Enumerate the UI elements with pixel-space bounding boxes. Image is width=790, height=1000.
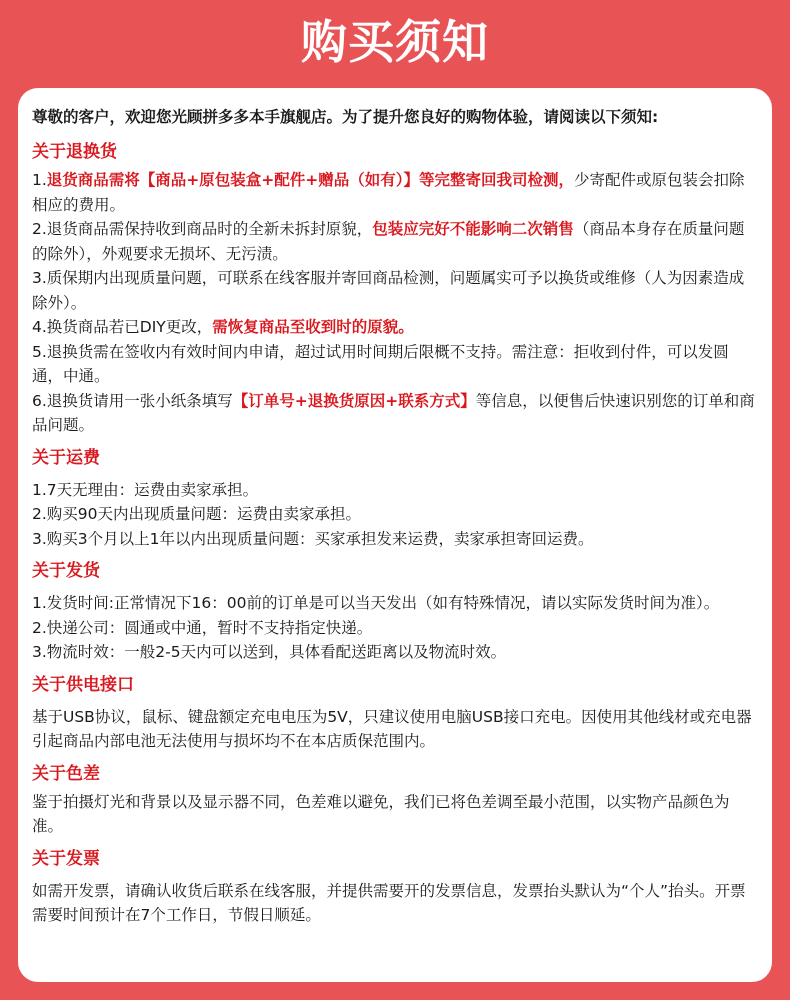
- list-item: 鉴于拍摄灯光和背景以及显示器不同，色差难以避免，我们已将色差调至最小范围，以实物…: [32, 790, 756, 839]
- section-title: 关于退换货: [32, 140, 756, 164]
- list-item: 基于USB协议，鼠标、键盘额定充电电压为5V，只建议使用电脑USB接口充电。因使…: [32, 705, 756, 754]
- notice-card: 尊敬的客户，欢迎您光顾拼多多本手旗舰店。为了提升您良好的购物体验，请阅读以下须知…: [18, 88, 772, 982]
- section-title: 关于发票: [32, 847, 756, 871]
- section-title: 关于供电接口: [32, 673, 756, 697]
- text-highlight: 包装应完好不能影响二次销售: [372, 220, 574, 238]
- text-normal: 2.退货商品需保持收到商品时的全新未拆封原貌，: [32, 220, 372, 238]
- text-highlight: 退货商品需将【商品+原包装盒+配件+赠品（如有）】等完整寄回我司检测，: [47, 171, 574, 189]
- list-item: 2.购买90天内出现质量问题：运费由卖家承担。: [32, 502, 756, 527]
- section-shipping-fee: 关于运费 1.7天无理由：运费由卖家承担。 2.购买90天内出现质量问题：运费由…: [32, 446, 756, 552]
- list-item: 5.退换货需在签收内有效时间内申请，超过试用时间期后限概不支持。需注意：拒收到付…: [32, 340, 756, 389]
- list-item: 6.退换货请用一张小纸条填写【订单号+退换货原因+联系方式】等信息，以便售后快速…: [32, 389, 756, 438]
- section-title: 关于运费: [32, 446, 756, 470]
- list-item: 1.7天无理由：运费由卖家承担。: [32, 478, 756, 503]
- list-item: 1.发货时间:正常情况下16：00前的订单是可以当天发出（如有特殊情况，请以实际…: [32, 591, 756, 616]
- list-item: 3.购买3个月以上1年以内出现质量问题：买家承担发来运费，卖家承担寄回运费。: [32, 527, 756, 552]
- section-title: 关于色差: [32, 762, 756, 786]
- list-item: 4.换货商品若已DIY更改，需恢复商品至收到时的原貌。: [32, 315, 756, 340]
- text-normal: 3.质保期内出现质量问题，可联系在线客服并寄回商品检测，问题属实可予以换货或维修…: [32, 269, 744, 312]
- text-normal: 5.退换货需在签收内有效时间内申请，超过试用时间期后限概不支持。需注意：拒收到付…: [32, 343, 729, 386]
- list-item: 3.物流时效：一般2-5天内可以送到，具体看配送距离以及物流时效。: [32, 640, 756, 665]
- intro-text: 尊敬的客户，欢迎您光顾拼多多本手旗舰店。为了提升您良好的购物体验，请阅读以下须知…: [32, 106, 756, 128]
- list-item: 2.退货商品需保持收到商品时的全新未拆封原貌，包装应完好不能影响二次销售（商品本…: [32, 217, 756, 266]
- list-item: 如需开发票，请确认收货后联系在线客服，并提供需要开的发票信息，发票抬头默认为“个…: [32, 879, 756, 928]
- text-highlight: 【订单号+退换货原因+联系方式】: [233, 392, 476, 410]
- section-title: 关于发货: [32, 559, 756, 583]
- list-item: 1.退货商品需将【商品+原包装盒+配件+赠品（如有）】等完整寄回我司检测，少寄配…: [32, 168, 756, 217]
- text-highlight: 需恢复商品至收到时的原貌。: [212, 318, 414, 336]
- text-normal: 6.退换货请用一张小纸条填写: [32, 392, 233, 410]
- section-returns: 关于退换货 1.退货商品需将【商品+原包装盒+配件+赠品（如有）】等完整寄回我司…: [32, 140, 756, 438]
- section-power-port: 关于供电接口 基于USB协议，鼠标、键盘额定充电电压为5V，只建议使用电脑USB…: [32, 673, 756, 754]
- page-title: 购买须知: [0, 14, 790, 70]
- section-delivery: 关于发货 1.发货时间:正常情况下16：00前的订单是可以当天发出（如有特殊情况…: [32, 559, 756, 665]
- text-normal: 4.换货商品若已DIY更改，: [32, 318, 212, 336]
- list-item: 3.质保期内出现质量问题，可联系在线客服并寄回商品检测，问题属实可予以换货或维修…: [32, 266, 756, 315]
- section-invoice: 关于发票 如需开发票，请确认收货后联系在线客服，并提供需要开的发票信息，发票抬头…: [32, 847, 756, 928]
- section-color-difference: 关于色差 鉴于拍摄灯光和背景以及显示器不同，色差难以避免，我们已将色差调至最小范…: [32, 762, 756, 839]
- text-normal: 1.: [32, 171, 47, 189]
- list-item: 2.快递公司：圆通或中通，暂时不支持指定快递。: [32, 616, 756, 641]
